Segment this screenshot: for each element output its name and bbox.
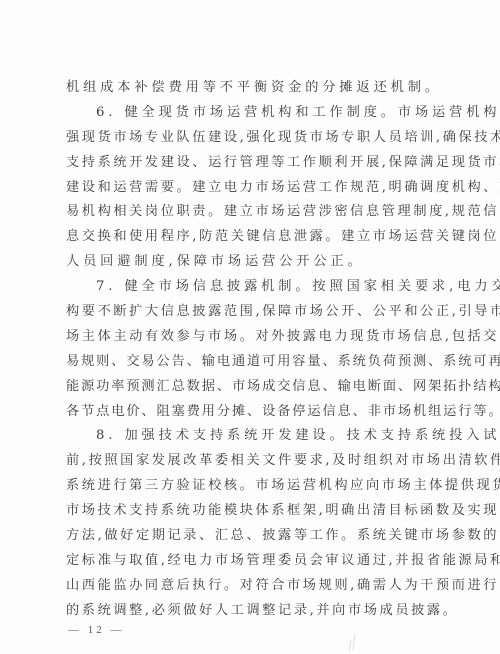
text-line: 机组成本补偿费用等不平衡资金的分摊返还机制。	[66, 76, 438, 101]
text-line: 建设和运营需要。建立电力市场运营工作规范,明确调度机构、交	[66, 176, 438, 201]
text-line: 场主体主动有效参与市场。对外披露电力现货市场信息,包括交	[66, 325, 438, 350]
section-6-heading-line: 6. 健全现货市场运营机构和工作制度。市场运营机构应加	[66, 101, 438, 126]
text-line: 定标准与取值,经电力市场管理委员会审议通过,并报省能源局和	[66, 549, 438, 574]
text-line: 易机构相关岗位职责。建立市场运营涉密信息管理制度,规范信	[66, 200, 438, 225]
text-line: 易规则、交易公告、输电通道可用容量、系统负荷预测、系统可再生	[66, 350, 438, 375]
text-line: 系统进行第三方验证校核。市场运营机构应向市场主体提供现货	[66, 474, 438, 499]
section-7-heading-line: 7. 健全市场信息披露机制。按照国家相关要求,电力交易机	[66, 275, 438, 300]
text-line: 前,按照国家发展改革委相关文件要求,及时组织对市场出清软件	[66, 449, 438, 474]
text-line: 能源功率预测汇总数据、市场成交信息、输电断面、网架拓扑结构、	[66, 375, 438, 400]
text-line: 的系统调整,必须做好人工调整记录,并向市场成员披露。	[66, 599, 438, 624]
text-line: 方法,做好定期记录、汇总、披露等工作。系统关键市场参数的设	[66, 524, 438, 549]
text-line: 强现货市场专业队伍建设,强化现货市场专职人员培训,确保技术	[66, 126, 438, 151]
document-page: 机组成本补偿费用等不平衡资金的分摊返还机制。 6. 健全现货市场运营机构和工作制…	[0, 0, 500, 654]
section-8-heading-line: 8. 加强技术支持系统开发建设。技术支持系统投入试运行	[66, 424, 438, 449]
body-text: 机组成本补偿费用等不平衡资金的分摊返还机制。 6. 健全现货市场运营机构和工作制…	[66, 76, 438, 624]
text-line: 支持系统开发建设、运行管理等工作顺利开展,保障满足现货市场	[66, 151, 438, 176]
text-line: 山西能监办同意后执行。对符合市场规则,确需人为干预而进行	[66, 574, 438, 599]
text-line: 各节点电价、阻塞费用分摊、设备停运信息、非市场机组运行等。	[66, 400, 438, 425]
text-line: 人员回避制度,保障市场运营公开公正。	[66, 250, 438, 275]
text-line: 市场技术支持系统功能模块体系框架,明确出清目标函数及实现	[66, 499, 438, 524]
scan-artifact-mark	[343, 632, 361, 652]
text-line: 构要不断扩大信息披露范围,保障市场公开、公平和公正,引导市	[66, 300, 438, 325]
page-number: — 12 —	[68, 624, 125, 636]
text-line: 息交换和使用程序,防范关键信息泄露。建立市场运营关键岗位	[66, 225, 438, 250]
